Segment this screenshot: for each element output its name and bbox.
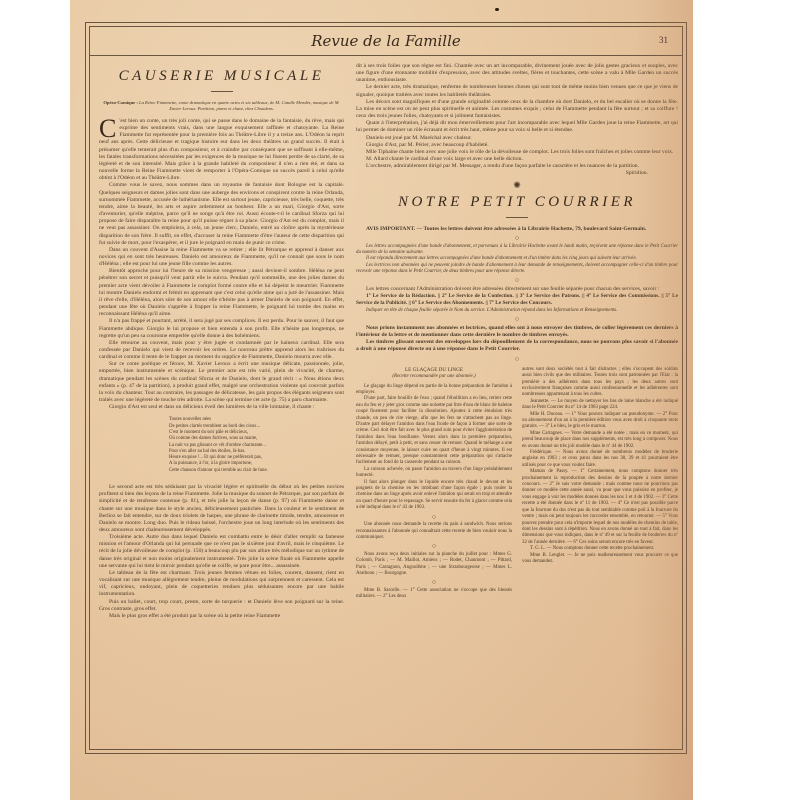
article-paragraph: Les décors sont magnifiques et d'une gra… <box>356 99 678 120</box>
credits-label: Opéra-Comique : <box>103 100 138 105</box>
separator-circle-icon: ○ <box>356 514 512 520</box>
drop-cap: C <box>99 119 116 139</box>
article-paragraph: Quant à l'interprétation, j'ai déjà dit … <box>356 120 678 134</box>
article-paragraph: Le tableau de la fête est charmant. Troi… <box>99 570 344 599</box>
article-paragraph: Le dernier acte, très dramatique, renfer… <box>356 84 678 98</box>
initials-list: Nous avons reçu deux initiales sur la pl… <box>356 552 512 578</box>
reply-paragraph: Mme B. Lenglet. — Je ne puis malheureuse… <box>522 553 678 566</box>
reply-paragraph: Mme Cartagnes. — Votre demande a été not… <box>522 431 678 450</box>
reader-request: Une abonnée nous demande la recette du p… <box>356 522 512 541</box>
ink-spot <box>495 8 499 11</box>
separator-circle-icon: ○ <box>356 316 678 323</box>
article-paragraph: Dans un couvent d'Assise la reine Fiamme… <box>99 247 344 268</box>
reply-paragraph: Mlle H. Duceau. — 1° Vous pouvez indique… <box>522 412 678 431</box>
subcolumn-right: autres sont deux sociétés tout à fait di… <box>522 367 678 601</box>
article-paragraph: Sur ce conte poétique et féroce, M. Xavi… <box>99 361 344 404</box>
article-paragraph: Bientôt approche pour lui l'heure de sa … <box>99 268 344 318</box>
page-frame: Revue de la Famille 31 CAUSERIE MUSICALE… <box>85 22 687 754</box>
article-paragraph: Il n'a pas frappé et pourtant, arrêté, i… <box>99 318 344 339</box>
poem-excerpt: Toutes nouvelles nées De petites clartés… <box>169 417 344 474</box>
recipe-heading: LE GLAÇAGE DU LINGE <box>356 367 512 373</box>
important-notice: AVIS IMPORTANT. — Toutes les lettres doi… <box>356 226 678 233</box>
article-paragraph: Puis un ballet, court, trop court, prest… <box>99 599 344 613</box>
running-header: Revue de la Famille 31 <box>90 27 682 56</box>
poem-line: Cette chanson d'amour qui tremble au cla… <box>169 468 344 474</box>
article-paragraph: Comme vous le savez, nous sommes dans un… <box>99 182 344 246</box>
article-paragraph: dit à ses trois folies que son règne est… <box>356 63 678 84</box>
reply-paragraph: Maman de Passy. — 1° Certainement, nous … <box>522 469 678 546</box>
separator-circle-icon: ○ <box>356 277 678 284</box>
title-rule <box>506 217 528 218</box>
services-note: Indiquer en tête de chaque feuille sépar… <box>356 308 678 314</box>
article-paragraph: Giorgio d'Ast est seul et dans un délici… <box>99 404 344 411</box>
credits-text: La Reine Fiammette, conte dramatique en … <box>139 100 340 111</box>
separator-circle-icon: ○ <box>356 356 678 363</box>
courrier-subcolumns: LE GLAÇAGE DU LINGE (Recette recommandée… <box>356 367 678 601</box>
opera-credits: Opéra-Comique : La Reine Fiammette, cont… <box>103 100 340 112</box>
separator-circle-icon: ○ <box>356 579 512 585</box>
stamps-notice: Nous prions instamment nos abonnées et l… <box>356 325 678 339</box>
intro-paragraph: Les lectrices non abonnées qui ne peuven… <box>356 263 678 275</box>
scanned-page: Revue de la Famille 31 CAUSERIE MUSICALE… <box>70 0 693 800</box>
reply-paragraph: autres sont deux sociétés tout à fait di… <box>522 367 678 399</box>
separator-circle-icon: ○ <box>356 235 678 242</box>
journal-title: Revue de la Famille <box>90 32 682 50</box>
subcolumn-left: LE GLAÇAGE DU LINGE (Recette recommandée… <box>356 367 512 601</box>
article-paragraph: Troisième acte. Autre duo dans lequel Da… <box>99 534 344 570</box>
recipe-paragraph: Il faut alors plonger dans le liquide en… <box>356 480 512 512</box>
article-paragraph: L'orchestre, admirablement dirigé par M.… <box>356 163 678 170</box>
article-paragraph: Giorgio d'Ast, par M. Périer, avec beauc… <box>356 142 678 149</box>
column-left: CAUSERIE MUSICALE Opéra-Comique : La Rei… <box>99 63 344 620</box>
article-paragraph: C'est bien un conte, un très joli conte,… <box>99 118 344 182</box>
section-title-causerie: CAUSERIE MUSICALE <box>99 67 344 85</box>
author-signature: Spiridion. <box>356 170 678 177</box>
recipe-paragraph: D'une part, faire bouillir de l'eau ; qu… <box>356 396 512 466</box>
article-paragraph: Danielo est joué par M. Maréchal avec ch… <box>356 135 678 142</box>
reply-paragraph: Jeannette. — Le moyen de nettoyer les ba… <box>522 399 678 412</box>
article-paragraph: Le second acte est très séduisant par la… <box>99 484 344 534</box>
column-right: dit à ses trois folies que son règne est… <box>356 63 678 601</box>
article-paragraph: Mlle Tiphaine chante bien avec une jolie… <box>356 149 678 156</box>
separator-circle-icon: ○ <box>356 543 512 549</box>
page-number: 31 <box>659 35 668 45</box>
recipe-paragraph: La cuisson achevée, on passe l'amidon au… <box>356 467 512 480</box>
reply-paragraph: Frédérique. — Nous avons donné de nombre… <box>522 450 678 469</box>
services-list: 1° Le Service de la Rédaction. || 2° Le … <box>356 293 678 307</box>
recipe-paragraph: Le glaçage du linge dépend en partie de … <box>356 384 512 397</box>
intro-paragraph: Il est répondu directement aux lettres a… <box>356 256 678 262</box>
article-paragraph: Elle retourne au couvent, mais pour y êt… <box>99 340 344 361</box>
section-title-courrier: NOTRE PETIT COURRIER <box>356 193 678 211</box>
intro-paragraph: Les lettres accompagnées d'une bande d'a… <box>356 244 678 256</box>
page-frame-inner: Revue de la Famille 31 CAUSERIE MUSICALE… <box>89 26 683 750</box>
reply-paragraph: Mme B. Sarcelle. — 1° Cette association … <box>356 588 512 601</box>
stamps-notice: Les timbres glissant souvent des envelop… <box>356 339 678 353</box>
article-paragraph: Mais le plus gros effet a été produit pa… <box>99 613 344 620</box>
ornament-icon: ✺ <box>356 182 678 189</box>
recipe-subheading: (Recette recommandée par une abonnée.) <box>356 374 512 380</box>
title-rule <box>211 91 233 92</box>
